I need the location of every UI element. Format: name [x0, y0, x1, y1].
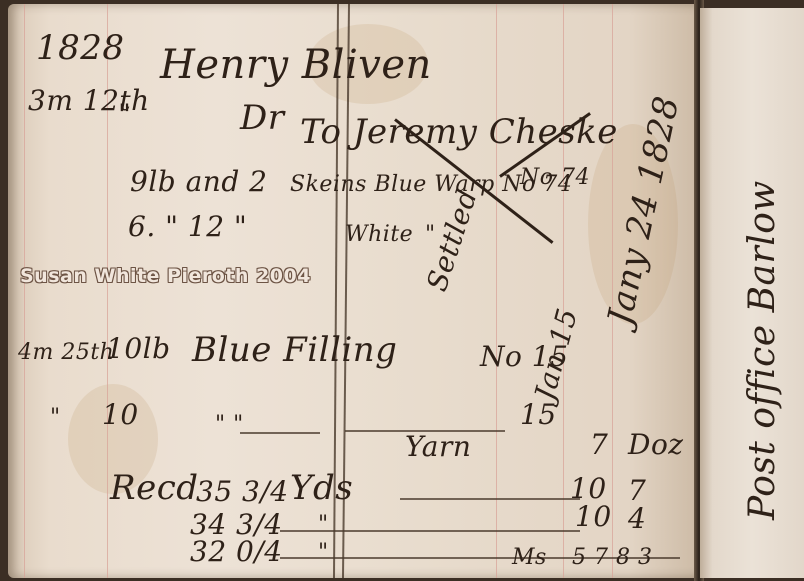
entry-description: " " [215, 412, 244, 437]
entry-date: 4m 25th [18, 340, 114, 365]
received-label: Recd [110, 468, 199, 508]
entry-date: 3m 12th [28, 84, 150, 117]
entry-qty: 10 [102, 398, 139, 431]
money-column-rule [496, 4, 497, 578]
received-unit: Yds [290, 468, 353, 508]
year-heading: 1828 [36, 28, 125, 68]
received-col2: 4 [628, 502, 646, 535]
margin-rule [24, 4, 25, 578]
received-item: Yarn [405, 430, 471, 463]
debit-marker: Dr [240, 98, 285, 138]
entry-qty: 6. " 12 " [128, 210, 247, 243]
received-col2: Doz [628, 428, 684, 461]
received-qty: 35 3/4 [196, 475, 289, 508]
received-qty: 32 0/4 [190, 535, 283, 568]
ditto-dash [400, 498, 580, 500]
entry-description: White [345, 222, 413, 247]
entry-qty: 9lb and 2 [130, 165, 267, 198]
total-values: 5 7 8 3 [572, 545, 652, 570]
entry-ditto: 15 [520, 398, 557, 431]
entry-qty: 10lb [106, 332, 171, 365]
fraction-note: No 74 [520, 165, 590, 190]
money-column-rule [563, 4, 564, 578]
received-unit: " [318, 540, 329, 565]
account-name: Henry Bliven [160, 42, 432, 88]
post-office-note: Post office Barlow [742, 180, 783, 520]
to-line: To Jeremy Cheske [300, 112, 618, 152]
copyright-watermark: Susan White Pieroth 2004 [20, 265, 311, 287]
ditto-mark: " [118, 98, 131, 131]
received-unit: " [318, 512, 329, 537]
received-col1: 7 [590, 428, 608, 461]
ditto-dash [240, 432, 320, 434]
entry-description: Blue Filling [192, 330, 397, 370]
entry-date: " [50, 405, 61, 430]
total-label: Ms [512, 545, 547, 570]
received-col1: 10 [575, 500, 612, 533]
